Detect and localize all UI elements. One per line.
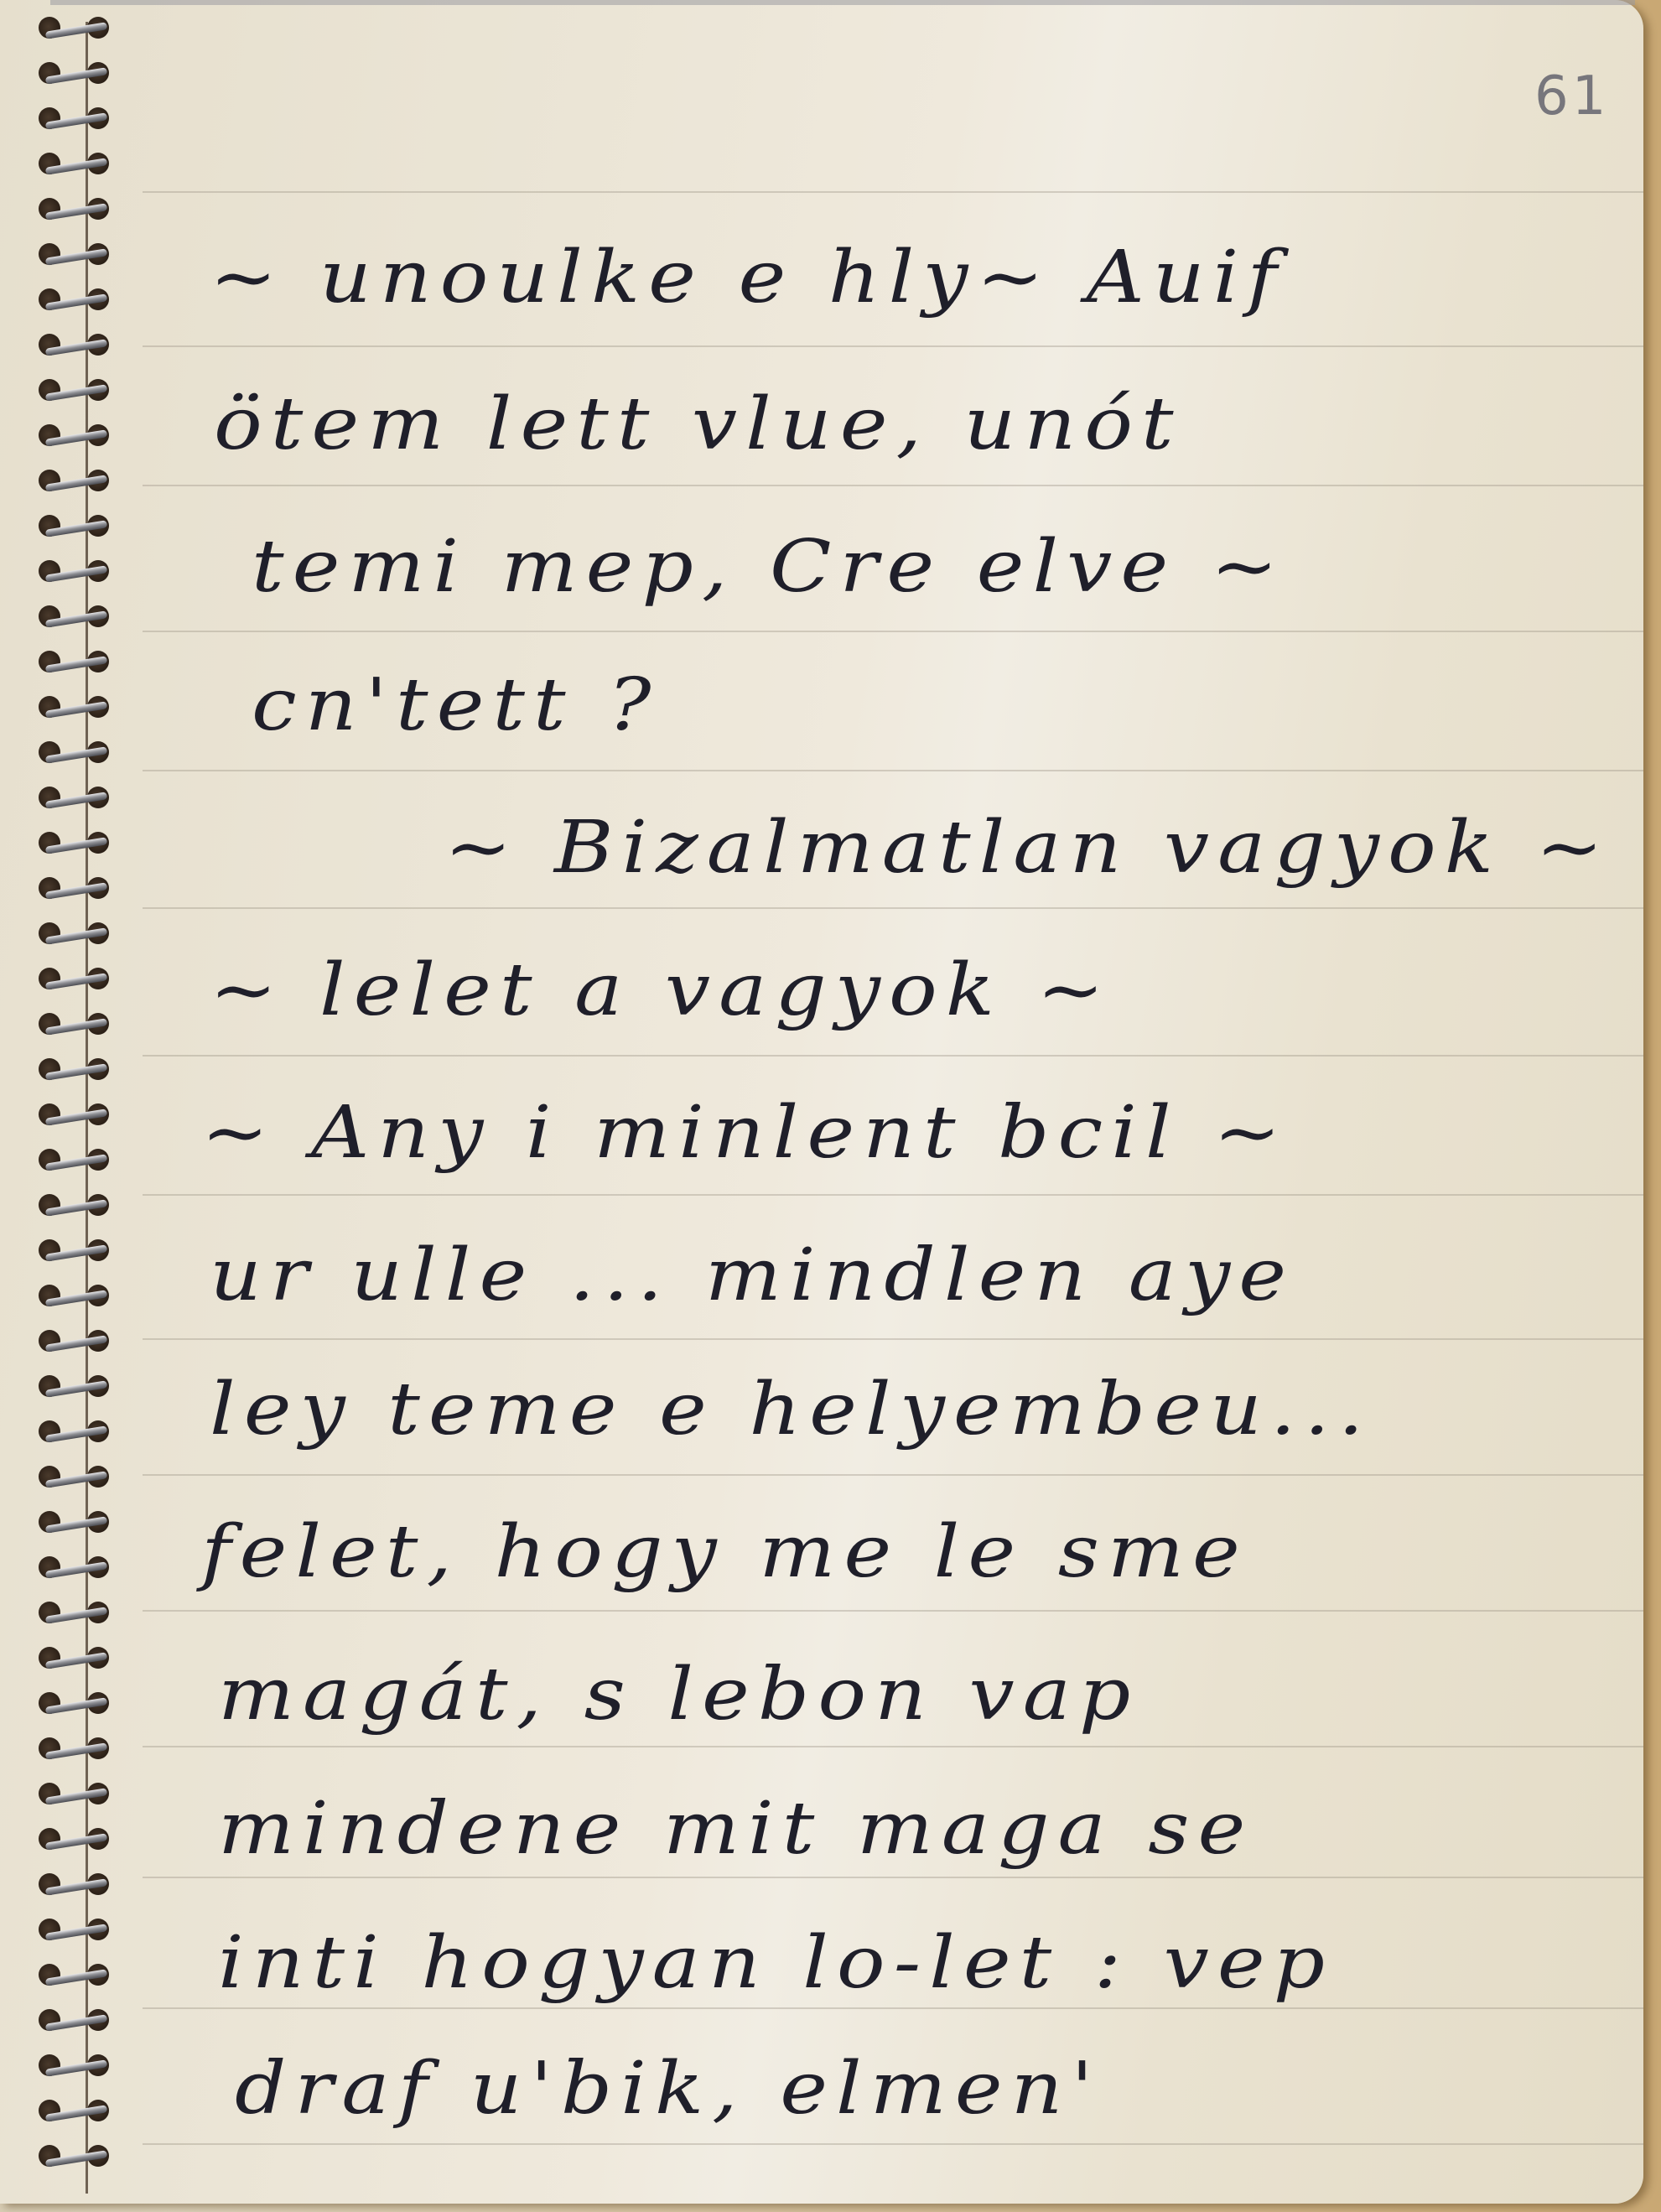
ruled-line xyxy=(143,907,1643,909)
spiral-coil xyxy=(34,1100,126,1134)
spiral-coil xyxy=(34,2096,126,2130)
spiral-coil xyxy=(34,1462,126,1496)
spiral-coil xyxy=(34,1327,126,1360)
spiral-coil xyxy=(34,2051,126,2085)
spiral-coil xyxy=(34,1372,126,1405)
notebook-page: 61 ~ unoulke e hly~ Auif ötem lett vlue,… xyxy=(0,0,1643,2204)
handwritten-line: ~ Any i minlent bcil ~ xyxy=(201,1090,1290,1175)
ruled-line xyxy=(143,2143,1643,2145)
spiral-coil xyxy=(34,1825,126,1858)
spiral-coil xyxy=(34,1915,126,1949)
ruled-line xyxy=(143,1610,1643,1612)
spiral-coil xyxy=(34,195,126,228)
ruled-line xyxy=(143,1194,1643,1196)
handwritten-line: ötem lett vlue, unót xyxy=(214,382,1182,466)
spiral-coil xyxy=(34,421,126,454)
ruled-line xyxy=(143,631,1643,632)
ruled-line xyxy=(143,191,1643,193)
ruled-line xyxy=(143,485,1643,486)
spiral-coil xyxy=(34,285,126,319)
spiral-coil xyxy=(34,602,126,636)
spiral-coil xyxy=(34,1870,126,1903)
spiral-coil xyxy=(34,828,126,862)
spiral-coil xyxy=(34,149,126,183)
page-top-edge xyxy=(50,0,1635,5)
ruled-line xyxy=(143,1474,1643,1476)
handwritten-line: magát, s lebon vap xyxy=(218,1652,1139,1737)
spiral-coil xyxy=(34,376,126,409)
spiral-coil xyxy=(34,511,126,545)
spiral-coil xyxy=(34,557,126,590)
spiral-coil xyxy=(34,104,126,138)
spiral-coil xyxy=(34,964,126,998)
spiral-coil xyxy=(34,738,126,771)
spiral-coil xyxy=(34,1643,126,1677)
spiral-coil xyxy=(34,240,126,273)
spiral-coil xyxy=(34,1010,126,1043)
spiral-coil xyxy=(34,1779,126,1813)
spiral-coil xyxy=(34,1281,126,1315)
handwritten-line: temi mep, Cre elve ~ xyxy=(252,524,1286,609)
ruled-line xyxy=(143,2007,1643,2009)
spiral-coil xyxy=(34,2142,126,2175)
spiral-coil xyxy=(34,693,126,726)
spiral-coil xyxy=(34,330,126,364)
spiral-coil xyxy=(34,1734,126,1768)
spiral-coil xyxy=(34,1598,126,1632)
spiral-coil xyxy=(34,1553,126,1586)
handwritten-line: felet, hogy me le sme xyxy=(201,1509,1248,1594)
spiral-coil xyxy=(34,2006,126,2039)
handwritten-line: draf u'bik, elmen' xyxy=(235,2046,1102,2131)
ruled-line xyxy=(143,1338,1643,1340)
spiral-binding xyxy=(34,5,126,2202)
spiral-coil xyxy=(34,1689,126,1722)
ruled-line xyxy=(143,770,1643,771)
spiral-coil xyxy=(34,1508,126,1541)
handwritten-line: ur ulle ... mindlen aye xyxy=(210,1233,1295,1317)
spiral-coil xyxy=(34,919,126,953)
handwritten-line: ~ unoulke e hly~ Auif xyxy=(210,235,1285,319)
spiral-coil xyxy=(34,1145,126,1179)
spiral-coil xyxy=(34,874,126,907)
handwritten-line: cn'tett ? xyxy=(252,662,660,747)
handwritten-line: ley teme e helyembeu... xyxy=(210,1367,1372,1451)
ruled-line xyxy=(143,345,1643,347)
spiral-coil xyxy=(34,13,126,47)
page-number: 61 xyxy=(1534,65,1609,127)
spiral-coil xyxy=(34,1191,126,1224)
spiral-coil xyxy=(34,647,126,681)
handwritten-line: ~ lelet a vagyok ~ xyxy=(210,948,1113,1032)
spiral-coil xyxy=(34,1417,126,1451)
spiral-coil xyxy=(34,466,126,500)
spiral-coil xyxy=(34,783,126,817)
spiral-coil xyxy=(34,1960,126,1994)
spiral-coil xyxy=(34,1236,126,1270)
handwritten-line: mindene mit maga se xyxy=(218,1786,1254,1871)
ruled-line xyxy=(143,1877,1643,1878)
spiral-coil xyxy=(34,59,126,92)
handwritten-line: ~ Bizalmatlan vagyok ~ xyxy=(444,805,1612,890)
ruled-line xyxy=(143,1055,1643,1057)
spiral-coil xyxy=(34,1055,126,1088)
handwritten-line: inti hogyan lo-let : vep xyxy=(218,1920,1333,2005)
ruled-line xyxy=(143,1746,1643,1747)
